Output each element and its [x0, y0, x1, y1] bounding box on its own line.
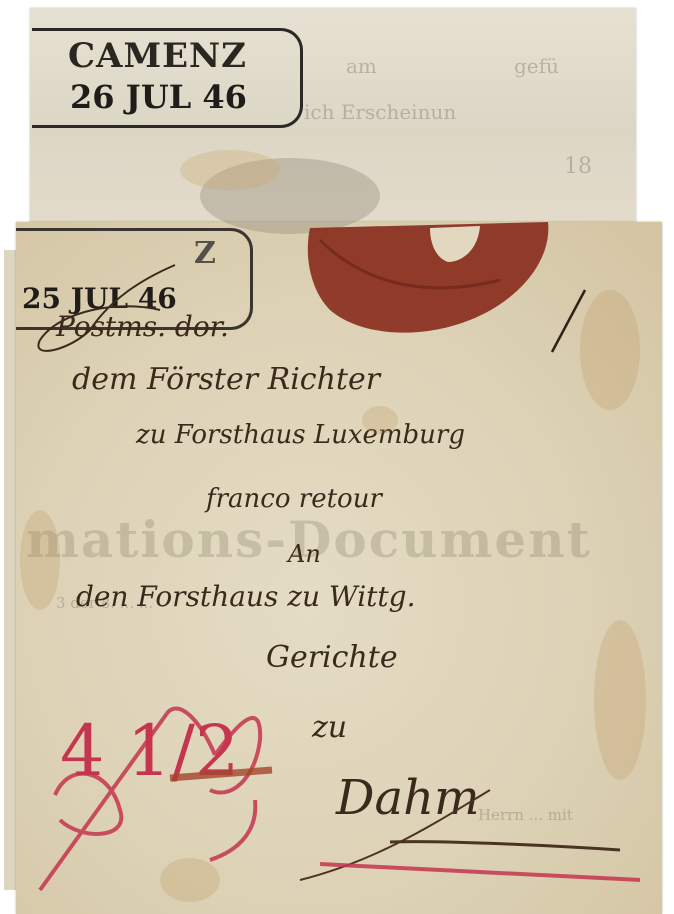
printed-number: 18 — [564, 154, 592, 179]
printed-text: am — [346, 54, 377, 78]
address-line-3: zu Forsthaus Luxemburg — [136, 420, 465, 450]
postmark-date: 26 JUL 46 — [70, 78, 247, 116]
postmark-town: CAMENZ — [68, 36, 247, 76]
address-line-7: Gerichte — [266, 640, 398, 675]
back-letter-sheet: CAMENZ 26 JUL 46 am gefü ich Erscheinun … — [30, 8, 636, 230]
address-line-4: franco retour — [206, 484, 382, 514]
address-line-2: dem Förster Richter — [72, 362, 380, 397]
front-letter-sheet: mations-Document 3 der 8. ... ... Herrn … — [16, 222, 662, 914]
printed-text: ich Erscheinun — [304, 100, 456, 124]
printed-text: Herrn ... mit — [478, 806, 573, 824]
address-line-8: zu — [312, 710, 347, 745]
postmark-town-partial: Z — [194, 236, 217, 271]
address-destination: Dahm — [336, 770, 480, 826]
printed-text: gefü — [514, 54, 559, 78]
address-line-5: An — [288, 540, 321, 568]
red-rate-marking: 4 1/2 — [60, 710, 239, 792]
address-line-6: den Forsthaus zu Wittg. — [76, 580, 415, 613]
address-line-1: Postms. dor. — [56, 310, 229, 343]
